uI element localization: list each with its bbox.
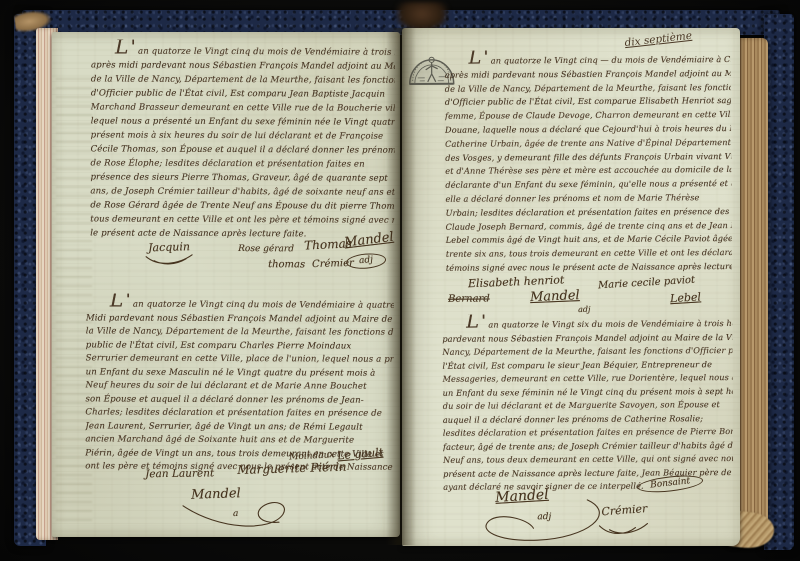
left-page-content: L'an quatorze le Vingt cinq du mois de V… [52,32,400,537]
handwritten-line: présent mois à six heures du soir de lui… [91,128,395,143]
signature-rose-gerard: Rose gérard [238,244,294,254]
birth-record-catherine-rosalie: L'an quatorze le Vingt six du mois de Ve… [442,313,733,494]
signature-bernard: Bernard [448,293,490,304]
handwritten-line: Urbain; lesdites déclaration et présenta… [446,205,732,221]
handwritten-line: Midi pardevant nous Sébastien François M… [86,312,394,327]
signature-flourish [595,519,655,537]
handwritten-line: après midi pardevant nous Sébastien Fran… [445,67,731,83]
handwritten-line: Messageries, demeurant en cette Ville, r… [443,371,733,386]
handwritten-line: la Ville de Nancy, Département de la Meu… [86,325,394,340]
birth-record-rose-elophe: L'an quatorze le Vingt cinq du mois de V… [90,39,395,241]
signature-jacquin: Jacquin [148,240,190,254]
signature-paraph-letter: a [233,509,238,519]
signature-lebel: Lebel [670,290,702,305]
handwritten-line: ancien Marchand âgé de Soixante huit ans… [85,433,393,448]
handwritten-line: Nancy, Département de la Meurthe, faisan… [442,344,732,359]
handwritten-line: lequel nous a présenté un Enfant du sexe… [91,114,395,129]
handwritten-line: L'an quatorze le Vingt cinq du mois de V… [86,293,394,313]
book-cover-right-edge [764,14,794,550]
handwritten-line: ans, de Joseph Crémier tailleur d'habits… [90,184,394,199]
right-page: dix septième L'an quatorze le Vingt cinq… [402,28,740,546]
handwritten-line: Neuf heures du soir de lui déclarant et … [86,379,394,394]
signature-mandel-paraph: adj [578,305,590,314]
handwritten-line: présence des sieurs Pierre Thomas, Grave… [90,170,394,185]
handwritten-line: Douane, laquelle nous a déclaré que Cejo… [445,122,731,138]
signature-jean-laurent: Jean Laurent [145,467,214,480]
handwritten-line: Charles; lesdites déclaration et présent… [85,406,393,421]
handwritten-line: L'an quatorze le Vingt cinq du mois de V… [91,39,395,59]
signature-mandel-adjoint: Mandel [530,288,580,305]
signature-mandel-paraph: adj [346,252,387,270]
signature-elisabeth-henriot: Elisabeth henriot [468,273,565,290]
signature-mandel-adjoint: Mandel [191,486,241,503]
handwritten-line: L'an quatorze le Vingt cinq — du mois de… [445,49,731,69]
handwritten-line: du soir de lui déclarant et de Marguerit… [443,398,733,413]
handwritten-line: Catherine Urbain, âgée de trente ans Nat… [445,136,731,152]
handwritten-line: elle a déclaré donner les prénoms et nom… [445,191,731,207]
handwritten-line: tous demeurant en cette Ville et ont les… [90,212,394,227]
signature-flourish [144,253,196,267]
right-page-content: dix septième L'an quatorze le Vingt cinq… [402,28,740,546]
handwritten-line: un Enfant du sexe Masculin né le Vingt q… [86,366,394,381]
signature-thomas-2: thomas [268,259,305,270]
handwritten-line: de Rose Élophe; lesdites déclaration et … [90,156,394,171]
handwritten-line: Serrurier demeurant en cette Ville, plac… [86,352,394,367]
birth-record-marie-therese-urbain: L'an quatorze le Vingt cinq — du mois de… [445,49,732,275]
signature-cremier: Crémier [601,502,648,518]
handwritten-line: Jean Laurent, Serrurier, âgé de Vingt un… [85,420,393,435]
handwritten-line: Neuf ans, tous deux demeurant en cette V… [443,452,733,467]
handwritten-line: de Rose Gérard âgée de Trente Neuf ans É… [90,198,394,213]
handwritten-line: son Épouse et auquel il a déclaré donner… [85,393,393,408]
handwritten-line: L'an quatorze le Vingt six du mois de Ve… [442,313,732,332]
handwritten-line: après midi pardevant nous Sébastien Fran… [91,58,395,73]
handwritten-line: témoins signé avec nous le présent acte … [446,260,732,276]
left-page: L'an quatorze le Vingt cinq du mois de V… [52,32,400,537]
handwritten-line: de la Ville de Nancy, Département de la … [91,72,395,87]
handwritten-line: public de l'État civil, Est comparu Char… [86,339,394,354]
page-number-annotation: dix septième [624,30,693,49]
handwritten-line: d'Officier public de l'État civil, Est c… [91,86,395,101]
photo-background: L'an quatorze le Vingt cinq du mois de V… [0,0,800,561]
signature-mandel-adjoint: Mandel [495,487,549,506]
handwritten-line: Marchand Brasseur demeurant en cette Vil… [91,100,395,115]
handwritten-line: Cécile Thomas, son Épouse et auquel il a… [91,142,395,157]
signature-paraph-letter: adj [537,512,551,522]
signature-marie-cecile-paviot: Marie cecile paviot [598,275,696,292]
right-fore-edge-stack [736,38,768,542]
handwritten-line: lesdites déclaration et présentation fai… [443,425,733,440]
